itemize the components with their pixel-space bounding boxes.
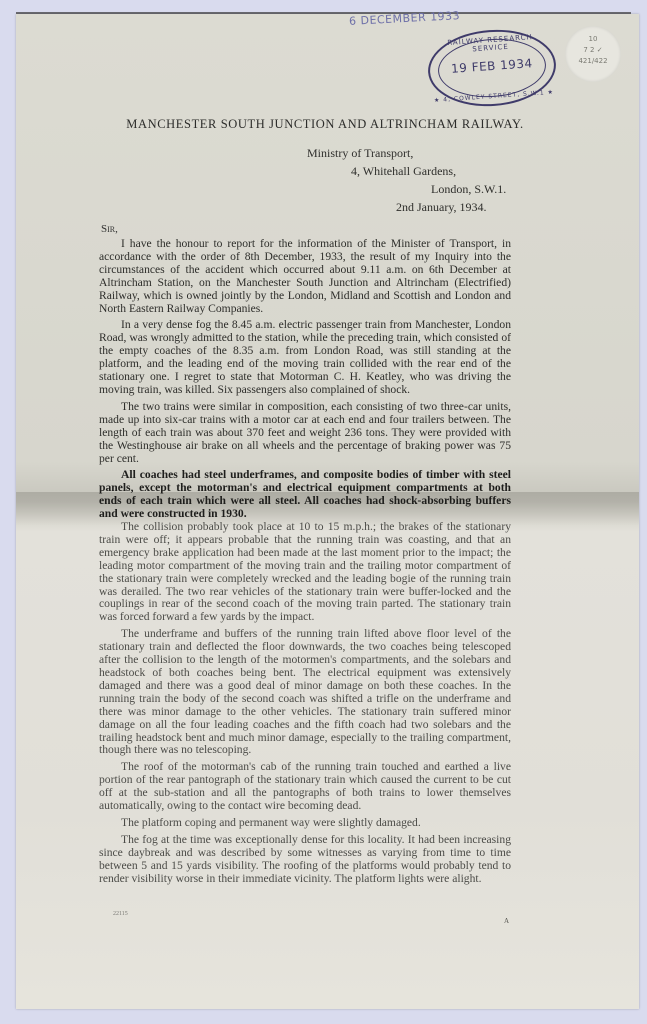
paragraph-2: In a very dense fog the 8.45 a.m. electr… — [99, 319, 511, 396]
paragraph-7: The roof of the motorman's cab of the ru… — [99, 761, 511, 813]
paragraph-6: The underframe and buffers of the runnin… — [99, 628, 511, 757]
print-code: 22115 — [113, 911, 128, 917]
address-line-3: London, S.W.1. — [431, 182, 506, 197]
paragraph-3: The two trains were similar in compositi… — [99, 401, 511, 466]
reference-mark-3: 421/422 — [565, 56, 621, 67]
paragraph-5: The collision probably took place at 10 … — [99, 521, 511, 624]
paragraph-4: All coaches had steel underframes, and c… — [99, 469, 511, 521]
paragraph-1: I have the honour to report for the info… — [99, 238, 511, 315]
document-title: MANCHESTER SOUTH JUNCTION AND ALTRINCHAM… — [105, 117, 545, 132]
letter-body-lower: The collision probably took place at 10 … — [99, 521, 511, 889]
letter-body-upper: I have the honour to report for the info… — [99, 238, 511, 525]
letter-date: 2nd January, 1934. — [396, 200, 487, 215]
address-line-1: Ministry of Transport, — [307, 146, 413, 161]
reference-mark-circle: 10 7 2 ✓ 421/422 — [565, 26, 621, 82]
signature-mark: A — [504, 917, 509, 925]
paragraph-9: The fog at the time was exceptionally de… — [99, 834, 511, 886]
salutation: Sir, — [101, 223, 118, 235]
paragraph-8: The platform coping and permanent way we… — [99, 817, 511, 830]
address-line-2: 4, Whitehall Gardens, — [351, 164, 456, 179]
reference-mark-2: 7 2 ✓ — [565, 45, 621, 56]
reference-mark-1: 10 — [565, 34, 621, 45]
